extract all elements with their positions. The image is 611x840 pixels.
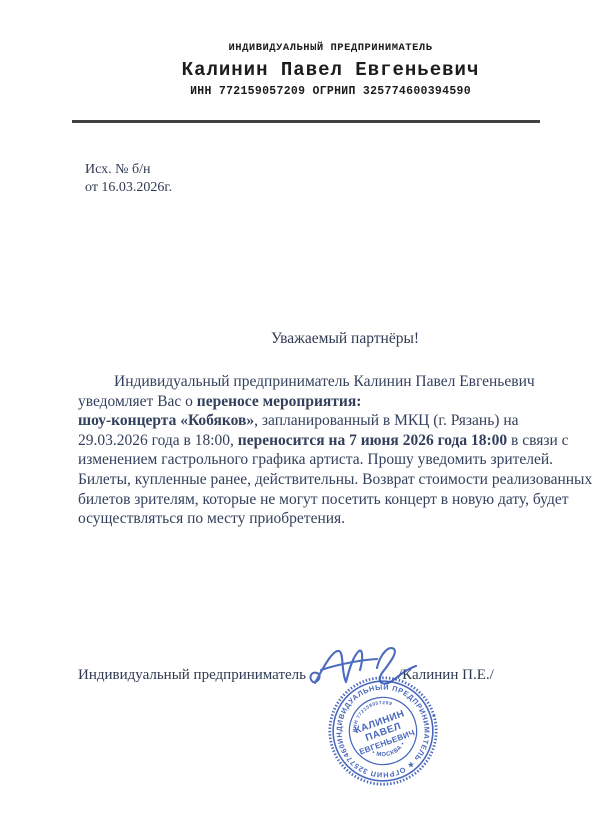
body-text-bold: шоу-концерта «Кобяков» xyxy=(78,412,254,429)
body-text-bold: переносится на 7 июня 2026 года 18:00 xyxy=(238,432,507,449)
body-line: осуществляться по месту приобретения. xyxy=(78,509,556,529)
body-line: Билеты, купленные ранее, действительны. … xyxy=(78,470,556,490)
outgoing-date: от 16.03.2026г. xyxy=(85,179,172,197)
body-text: изменением гастрольного графика артиста.… xyxy=(78,451,553,468)
body-text: билетов зрителям, которые не могут посет… xyxy=(78,491,569,508)
letterhead: ИНДИВИДУАЛЬНЫЙ ПРЕДПРИНИМАТЕЛЬ Калинин П… xyxy=(50,42,611,98)
greeting: Уважаемый партнёры! xyxy=(80,330,610,348)
body-text: 29.03.2026 года в 18:00, xyxy=(78,432,238,449)
body-text: Билеты, купленные ранее, действительны. … xyxy=(78,471,592,488)
letter-page: ИНДИВИДУАЛЬНЫЙ ПРЕДПРИНИМАТЕЛЬ Калинин П… xyxy=(0,0,611,840)
divider-rule xyxy=(72,120,540,123)
body-text: уведомляет Вас о xyxy=(78,393,197,410)
reference-block: Исх. № б/н от 16.03.2026г. xyxy=(85,161,172,197)
signature-label: Индивидуальный предприниматель xyxy=(78,667,306,684)
entrepreneur-name: Калинин Павел Евгеньевич xyxy=(50,59,611,81)
body-text: в связи с xyxy=(507,432,568,449)
body-line: шоу-концерта «Кобяков», запланированный … xyxy=(78,411,556,431)
body-text-bold: переносе мероприятия: xyxy=(197,393,362,410)
body-line: уведомляет Вас о переносе мероприятия: xyxy=(78,392,556,412)
body-text: Индивидуальный предприниматель Калинин П… xyxy=(114,373,535,390)
body-text: , запланированный в МКЦ (г. Рязань) на xyxy=(254,412,518,429)
body-line: билетов зрителям, которые не могут посет… xyxy=(78,490,556,510)
body-line: изменением гастрольного графика артиста.… xyxy=(78,450,556,470)
body-line: Индивидуальный предприниматель Калинин П… xyxy=(78,372,556,392)
body-text: осуществляться по месту приобретения. xyxy=(78,510,345,527)
org-type-label: ИНДИВИДУАЛЬНЫЙ ПРЕДПРИНИМАТЕЛЬ xyxy=(50,42,611,54)
signature-stroke-a xyxy=(315,651,362,683)
requisites-line: ИНН 772159057209 ОГРНИП 325774600394590 xyxy=(50,85,611,98)
body-line: 29.03.2026 года в 18:00, переносится на … xyxy=(78,431,556,451)
letter-body: Индивидуальный предприниматель Калинин П… xyxy=(78,372,556,529)
outgoing-number: Исх. № б/н xyxy=(85,161,172,179)
